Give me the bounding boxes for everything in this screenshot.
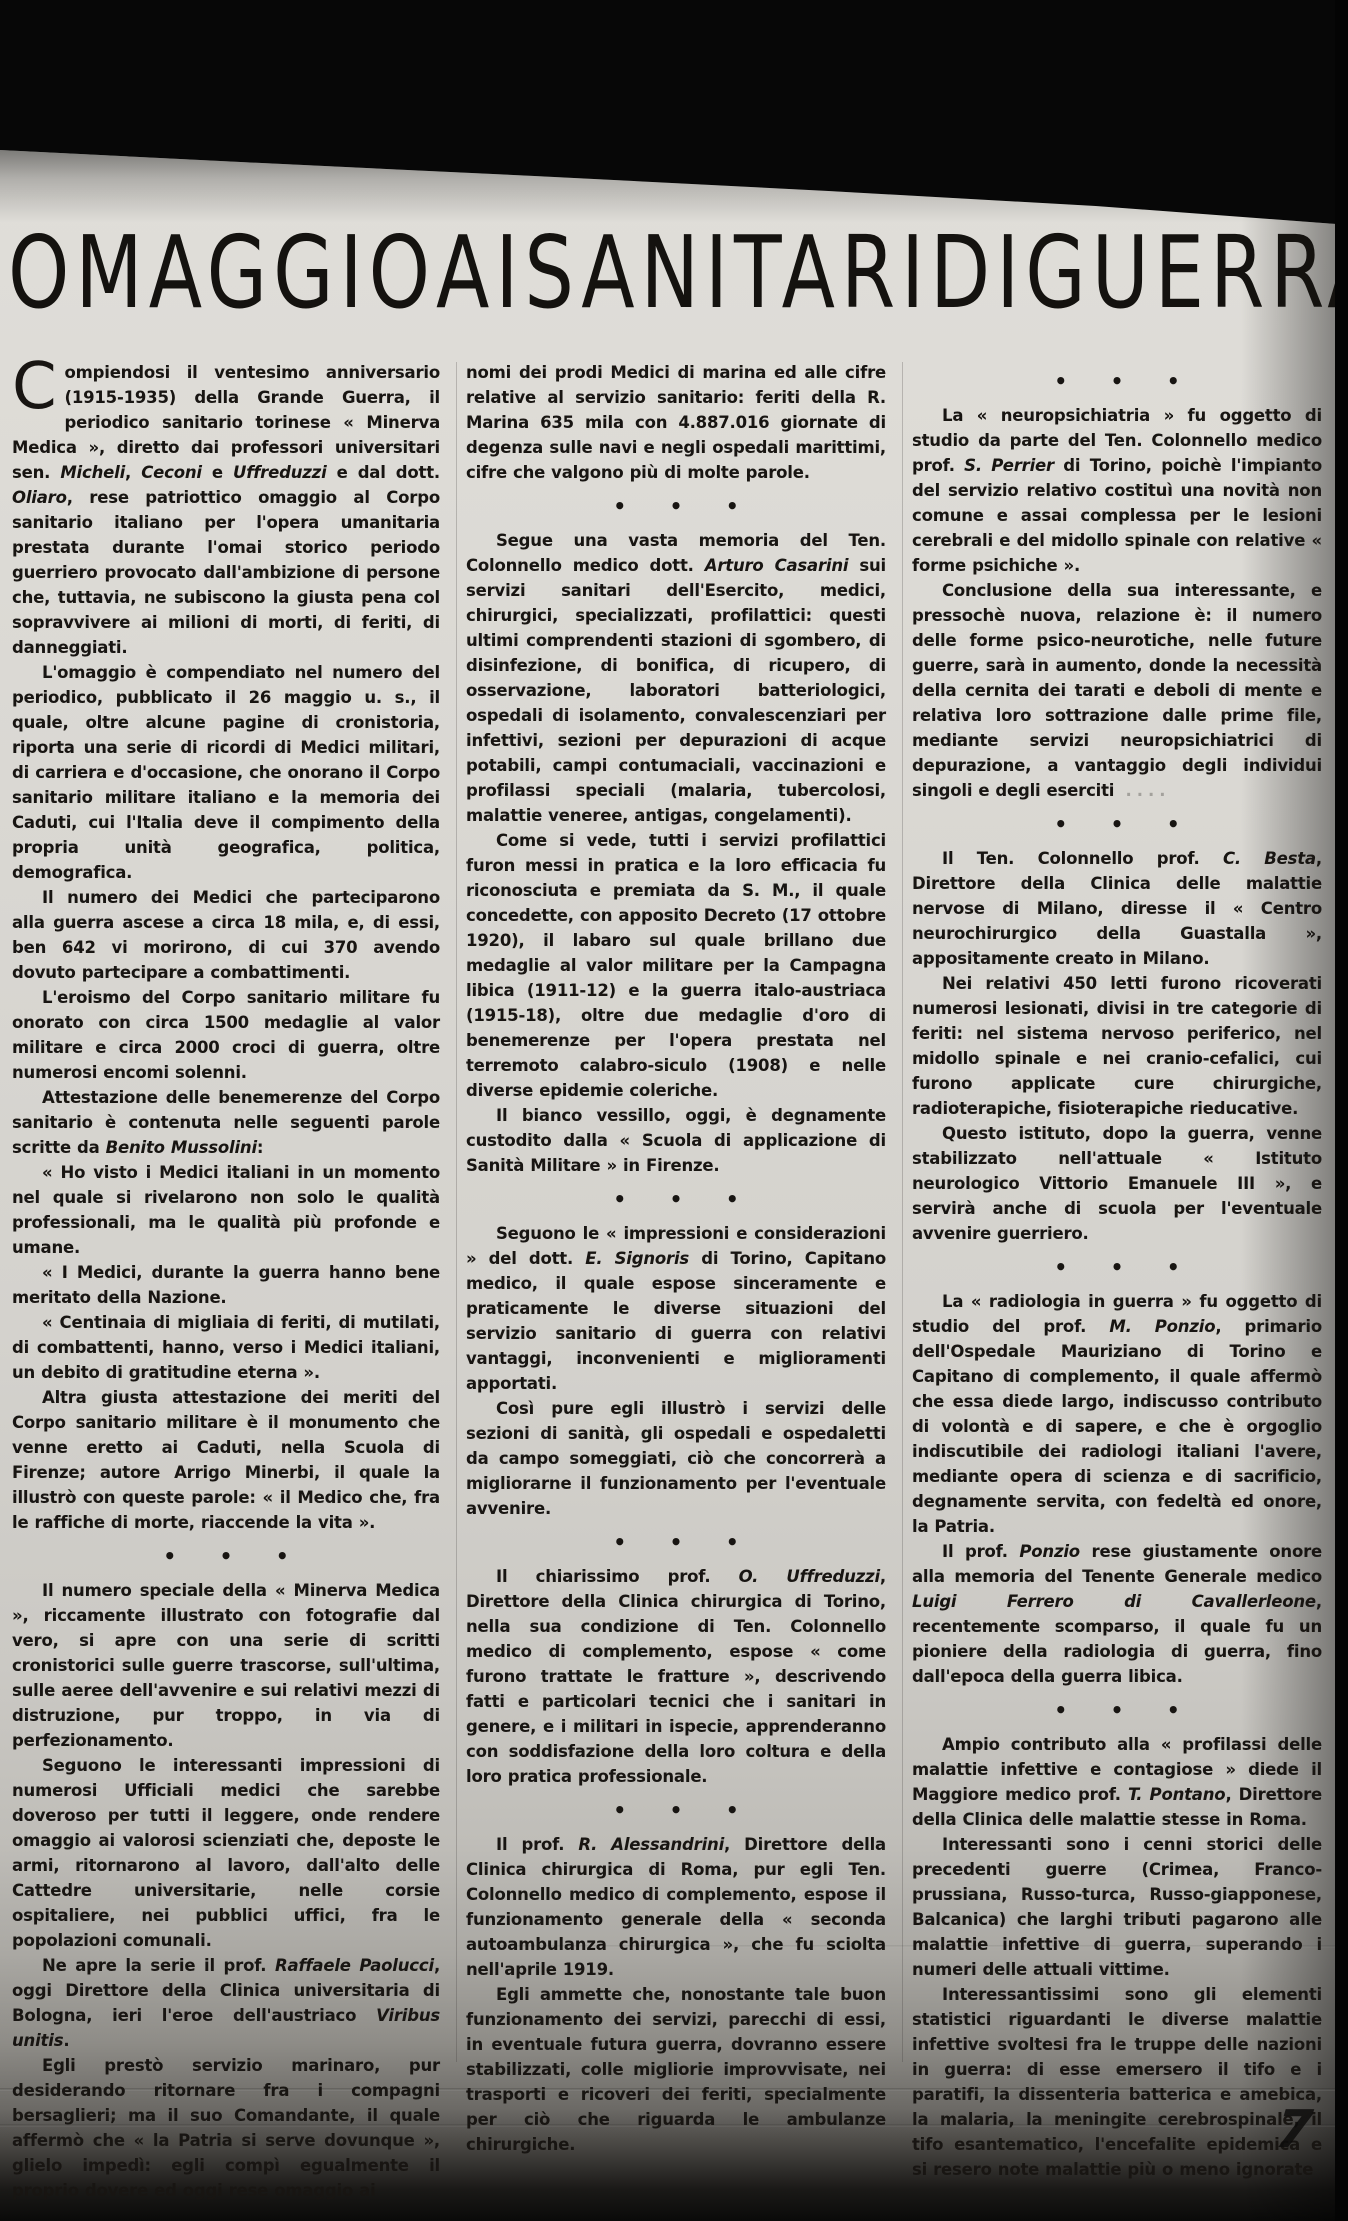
- section-separator: • • •: [12, 1544, 440, 1569]
- text-run: Il Ten. Colonnello prof.: [942, 849, 1223, 868]
- text-run: Ponzio: [1019, 1542, 1080, 1561]
- paragraph: La « neuropsichiatria » fu oggetto di st…: [912, 403, 1322, 578]
- text-run: Altra giusta attestazione dei meriti del…: [12, 1388, 440, 1532]
- text-run: E. Signoris: [585, 1249, 689, 1268]
- paragraph: Come si vede, tutti i servizi profilatti…: [466, 828, 886, 1103]
- paragraph: Ne apre la serie il prof. Raffaele Paolu…: [12, 1953, 440, 2053]
- paragraph: Interessantissimi sono gli elementi stat…: [912, 1982, 1322, 2182]
- text-run: « I Medici, durante la guerra hanno bene…: [12, 1263, 440, 1307]
- text-run: T. Pontano: [1128, 1785, 1225, 1804]
- text-run: nomi dei prodi Medici di marina ed alle …: [466, 363, 886, 482]
- paragraph: Altra giusta attestazione dei meriti del…: [12, 1385, 440, 1535]
- paragraph: Ampio contributo alla « profilassi delle…: [912, 1732, 1322, 1832]
- text-run: Interessanti sono i cenni storici delle …: [912, 1835, 1322, 1979]
- text-run: L'eroismo del Corpo sanitario militare f…: [12, 988, 440, 1082]
- title-word: SANITARI: [524, 224, 930, 324]
- text-run: di Torino, Capitano medico, il quale esp…: [466, 1249, 886, 1393]
- text-run: « Centinaia di migliaia di feriti, di mu…: [12, 1313, 440, 1382]
- text-run: e: [202, 463, 233, 482]
- paragraph: L'eroismo del Corpo sanitario militare f…: [12, 985, 440, 1085]
- text-run: M. Ponzio: [1109, 1317, 1215, 1336]
- text-run: R. Alessandrini: [578, 1835, 724, 1854]
- paragraph: Questo istituto, dopo la guerra, venne s…: [912, 1121, 1322, 1246]
- title-word: OMAGGIO: [8, 224, 436, 324]
- text-run: :: [257, 1138, 263, 1157]
- text-run: Ne apre la serie il prof.: [42, 1956, 275, 1975]
- text-run: O. Uffreduzzi: [739, 1567, 880, 1586]
- text-run: Ceconi: [141, 463, 202, 482]
- paragraph: Interessanti sono i cenni storici delle …: [912, 1832, 1322, 1982]
- section-separator: • • •: [912, 369, 1322, 394]
- paragraph: « I Medici, durante la guerra hanno bene…: [12, 1260, 440, 1310]
- text-run: ....: [1114, 781, 1170, 800]
- text-run: Egli ammette che, nonostante tale buon f…: [466, 1985, 886, 2154]
- section-separator: • • •: [466, 1187, 886, 1212]
- text-run: Il numero speciale della « Minerva Medic…: [12, 1581, 440, 1750]
- text-run: Conclusione della sua interessante, e pr…: [912, 581, 1322, 800]
- section-separator: • • •: [466, 1798, 886, 1823]
- paragraph: Egli prestò servizio marinaro, pur desid…: [12, 2053, 440, 2203]
- text-run: , Direttore della Clinica chirurgica di …: [466, 1567, 886, 1786]
- paragraph: Così pure egli illustrò i servizi delle …: [466, 1396, 886, 1521]
- paragraph: Il Ten. Colonnello prof. C. Besta, Diret…: [912, 846, 1322, 971]
- text-run: Uffreduzzi: [233, 463, 327, 482]
- paragraph: Egli ammette che, nonostante tale buon f…: [466, 1982, 886, 2157]
- paragraph: Nei relativi 450 letti furono ricoverati…: [912, 971, 1322, 1121]
- text-run: .: [63, 2031, 69, 2050]
- text-run: Raffaele Paolucci: [275, 1956, 434, 1975]
- text-run: Come si vede, tutti i servizi profilatti…: [466, 831, 886, 1100]
- text-run: , rese patriottico omaggio al Corpo sani…: [12, 488, 440, 657]
- text-run: Il prof.: [942, 1542, 1019, 1561]
- page-title: OMAGGIO AI SANITARI DI GUERRA: [8, 224, 1328, 324]
- section-separator: • • •: [912, 1255, 1322, 1280]
- paragraph: Il bianco vessillo, oggi, è degnamente c…: [466, 1103, 886, 1178]
- text-run: Il chiarissimo prof.: [496, 1567, 739, 1586]
- text-run: Micheli: [60, 463, 125, 482]
- text-run: Oliaro: [12, 488, 67, 507]
- text-run: Nei relativi 450 letti furono ricoverati…: [912, 974, 1322, 1118]
- paragraph: Il numero dei Medici che parteciparono a…: [12, 885, 440, 985]
- text-run: « Ho visto i Medici italiani in un momen…: [12, 1163, 440, 1257]
- section-separator: • • •: [912, 812, 1322, 837]
- paragraph: Attestazione delle benemerenze del Corpo…: [12, 1085, 440, 1160]
- title-word: DI: [930, 224, 1025, 324]
- text-run: e dal dott.: [327, 463, 440, 482]
- text-run: Il prof.: [496, 1835, 578, 1854]
- paragraph: L'omaggio è compendiato nel numero del p…: [12, 660, 440, 885]
- page-number: 7: [1273, 2100, 1315, 2160]
- paragraph: « Centinaia di migliaia di feriti, di mu…: [12, 1310, 440, 1385]
- paragraph: Il chiarissimo prof. O. Uffreduzzi, Dire…: [466, 1564, 886, 1789]
- column-right: • • •La « neuropsichiatria » fu oggetto …: [912, 360, 1322, 2182]
- text-run: Così pure egli illustrò i servizi delle …: [466, 1399, 886, 1518]
- column-center: nomi dei prodi Medici di marina ed alle …: [466, 360, 886, 2157]
- section-separator: • • •: [912, 1698, 1322, 1723]
- paragraph: Il prof. R. Alessandrini, Direttore dell…: [466, 1832, 886, 1982]
- paragraph: « Ho visto i Medici italiani in un momen…: [12, 1160, 440, 1260]
- text-run: Il numero dei Medici che parteciparono a…: [12, 888, 440, 982]
- text-run: Seguono le interessanti impressioni di n…: [12, 1756, 440, 1950]
- title-word: AI: [436, 224, 524, 324]
- scanned-magazine-page: OMAGGIO AI SANITARI DI GUERRA Compiendos…: [0, 0, 1348, 2221]
- column-rule: [902, 362, 903, 2062]
- scan-black-edge: [1335, 0, 1348, 2221]
- paragraph: Il prof. Ponzio rese giustamente onore a…: [912, 1539, 1322, 1689]
- column-left: Compiendosi il ventesimo anniversario (1…: [12, 360, 440, 2203]
- drop-cap: C: [12, 363, 57, 411]
- text-run: Il bianco vessillo, oggi, è degnamente c…: [466, 1106, 886, 1175]
- paragraph: nomi dei prodi Medici di marina ed alle …: [466, 360, 886, 485]
- text-run: Interessantissimi sono gli elementi stat…: [912, 1985, 1322, 2179]
- title-word: GUERRA: [1025, 224, 1348, 324]
- paragraph: Segue una vasta memoria del Ten. Colonne…: [466, 528, 886, 828]
- paragraph: Conclusione della sua interessante, e pr…: [912, 578, 1322, 803]
- text-run: L'omaggio è compendiato nel numero del p…: [12, 663, 440, 882]
- paragraph: Seguono le interessanti impressioni di n…: [12, 1753, 440, 1953]
- section-separator: • • •: [466, 1530, 886, 1555]
- section-separator: • • •: [466, 494, 886, 519]
- text-run: , Direttore della Clinica chirurgica di …: [466, 1835, 886, 1979]
- text-run: Luigi Ferrero di Cavallerleone: [912, 1592, 1316, 1611]
- text-run: Questo istituto, dopo la guerra, venne s…: [912, 1124, 1322, 1243]
- text-run: C. Besta: [1223, 849, 1316, 868]
- text-run: ,: [125, 463, 141, 482]
- text-run: Arturo Casarini: [705, 556, 849, 575]
- paragraph: Seguono le « impressioni e considerazion…: [466, 1221, 886, 1396]
- text-run: , primario dell'Ospedale Mauriziano di T…: [912, 1317, 1322, 1536]
- paragraph: Compiendosi il ventesimo anniversario (1…: [12, 360, 440, 660]
- text-run: sui servizi sanitari dell'Esercito, medi…: [466, 556, 886, 825]
- text-run: Benito Mussolini: [106, 1138, 257, 1157]
- column-rule: [456, 362, 457, 2062]
- text-run: S. Perrier: [964, 456, 1054, 475]
- text-run: Egli prestò servizio marinaro, pur desid…: [12, 2056, 440, 2200]
- paragraph: Il numero speciale della « Minerva Medic…: [12, 1578, 440, 1753]
- paragraph: La « radiologia in guerra » fu oggetto d…: [912, 1289, 1322, 1539]
